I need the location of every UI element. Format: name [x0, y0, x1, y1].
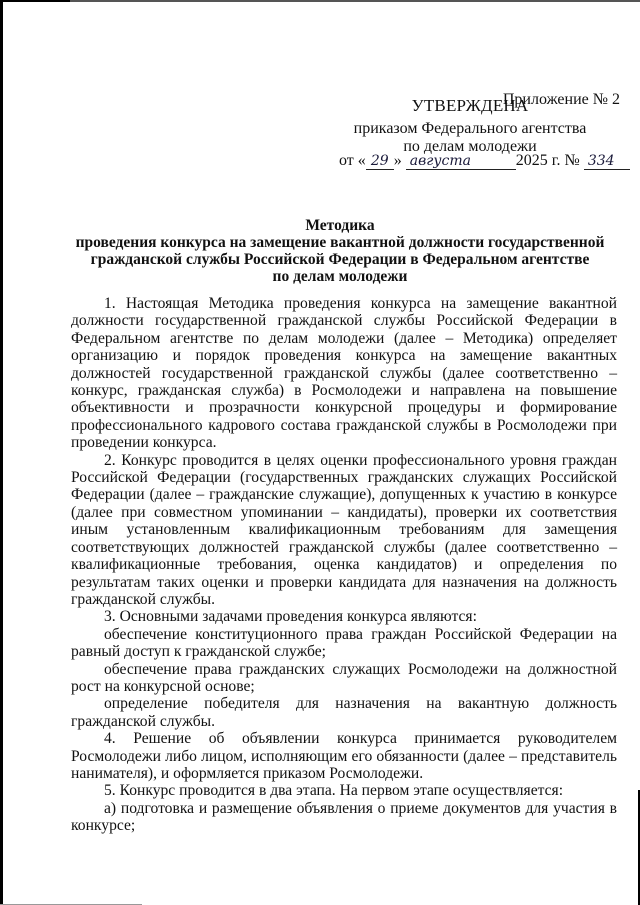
paragraph-5: 5. Конкурс проводится в два этапа. На пе…: [71, 782, 617, 799]
paragraph-3-item-1: обеспечение конституционного права гражд…: [71, 626, 617, 661]
document-title: Методика проведения конкурса на замещени…: [60, 217, 620, 285]
approved-heading: УТВЕРЖДЕНА: [320, 96, 620, 115]
order-quote-close: »: [394, 152, 402, 169]
paragraph-1: 1. Настоящая Методика проведения конкурс…: [71, 295, 617, 452]
paragraph-3-item-3: определение победителя для назначения на…: [71, 695, 617, 730]
handwritten-order-number: 334: [584, 154, 630, 170]
paragraph-2: 2. Конкурс проводится в целях оценки про…: [71, 452, 617, 609]
handwritten-month: августа: [406, 154, 516, 170]
document-page: Приложение № 2 УТВЕРЖДЕНА приказом Федер…: [0, 0, 640, 905]
handwritten-day: 29: [366, 154, 394, 170]
paragraph-3-item-2: обеспечение права гражданских служащих Р…: [71, 661, 617, 696]
order-year: 2025 г. №: [516, 152, 580, 169]
paragraph-3: 3. Основными задачами проведения конкурс…: [71, 608, 617, 625]
paragraph-4: 4. Решение об объявлении конкурса приним…: [71, 730, 617, 782]
document-body: 1. Настоящая Методика проведения конкурс…: [71, 295, 617, 835]
title-line-1: Методика: [60, 217, 620, 234]
title-line-4: по делам молодежи: [60, 268, 620, 285]
scan-edge-left: [0, 0, 3, 905]
scan-edge-top: [0, 0, 640, 2]
order-prefix: от «: [339, 152, 366, 169]
title-line-2: проведения конкурса на замещение вакантн…: [60, 234, 620, 251]
scan-edge-top-dark: [0, 0, 70, 2]
paragraph-5-item-a: а) подготовка и размещение объявления о …: [71, 800, 617, 835]
title-line-3: гражданской службы Российской Федерации …: [60, 251, 620, 268]
order-date-number: от «29» августа2025 г. № 334: [339, 152, 630, 170]
approved-by-line1: приказом Федерального агентства: [320, 119, 620, 138]
